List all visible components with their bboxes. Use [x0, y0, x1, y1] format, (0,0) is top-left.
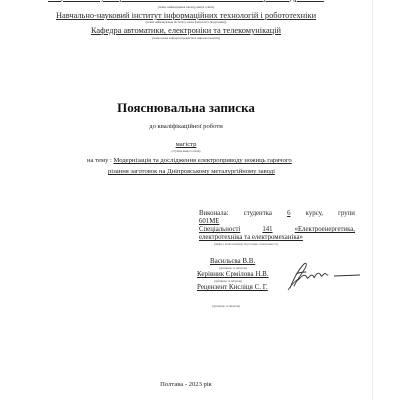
- specialty-caption: (шифр і назва напряму підготовки, спеціа…: [214, 242, 355, 246]
- performer-course: 6: [287, 210, 290, 217]
- university-line: Національний університет «Полтавська пол…: [0, 0, 372, 2]
- department-caption: (повна назва кафедри (предметної, циклов…: [0, 36, 372, 40]
- handwritten-signature-icon: [284, 258, 364, 294]
- topic-line-2: різання заготовок на Дніпровському метал…: [108, 168, 275, 175]
- footer-city-year: Полтава - 2023 рік: [0, 381, 372, 388]
- student-name: Васильєва В.В.: [210, 257, 255, 265]
- page-edge: [372, 0, 373, 400]
- institute-caption: (повне найменування інституту, назва фак…: [0, 20, 372, 24]
- course-word: курсу,: [306, 210, 323, 217]
- specialty-label: Спеціальності: [199, 226, 240, 233]
- department-line: Кафедра автоматики, електроніки та телек…: [0, 26, 372, 35]
- specialty-code: 141: [262, 226, 272, 233]
- performer-block: Виконала: студентка 6 курсу, групи 601МЕ…: [199, 210, 355, 246]
- topic-text-1: Модернізація та дослідження електроприво…: [114, 157, 292, 164]
- topic-prefix: на тему :: [87, 157, 114, 164]
- specialty-name-part1: «Електроенергетика,: [295, 226, 355, 233]
- performer-line: Виконала: студентка 6 курсу, групи: [199, 210, 355, 217]
- document-title: Пояснювальна записка: [0, 100, 372, 116]
- degree-caption: (ступінь вищої освіти): [0, 149, 372, 153]
- reviewer-name: Рецензент Кисліця С. Г.: [197, 283, 268, 291]
- group-word: групи: [338, 210, 355, 217]
- document-subtitle: до кваліфікаційної роботи: [0, 123, 372, 130]
- degree-value: магістр: [0, 141, 372, 148]
- specialty-line-2: електротехніка та електромеханіка»: [199, 234, 355, 241]
- reviewer-caption: (прізвище та ініціали): [212, 304, 240, 308]
- performer-label: Виконала:: [199, 210, 229, 217]
- topic-line-1: на тему : Модернізація та дослідження ел…: [87, 157, 292, 164]
- supervisor-name: Керівник Єрмілова Н.В.: [197, 270, 269, 278]
- performer-role: студентка: [244, 210, 272, 217]
- institute-line: Навчально-науковий інститут інформаційни…: [0, 11, 372, 20]
- specialty-line-1: Спеціальності 141 «Електроенергетика,: [199, 226, 355, 233]
- university-caption: (повне найменування закладу вищої освіти…: [0, 5, 372, 9]
- performer-group: 601МЕ: [199, 218, 355, 225]
